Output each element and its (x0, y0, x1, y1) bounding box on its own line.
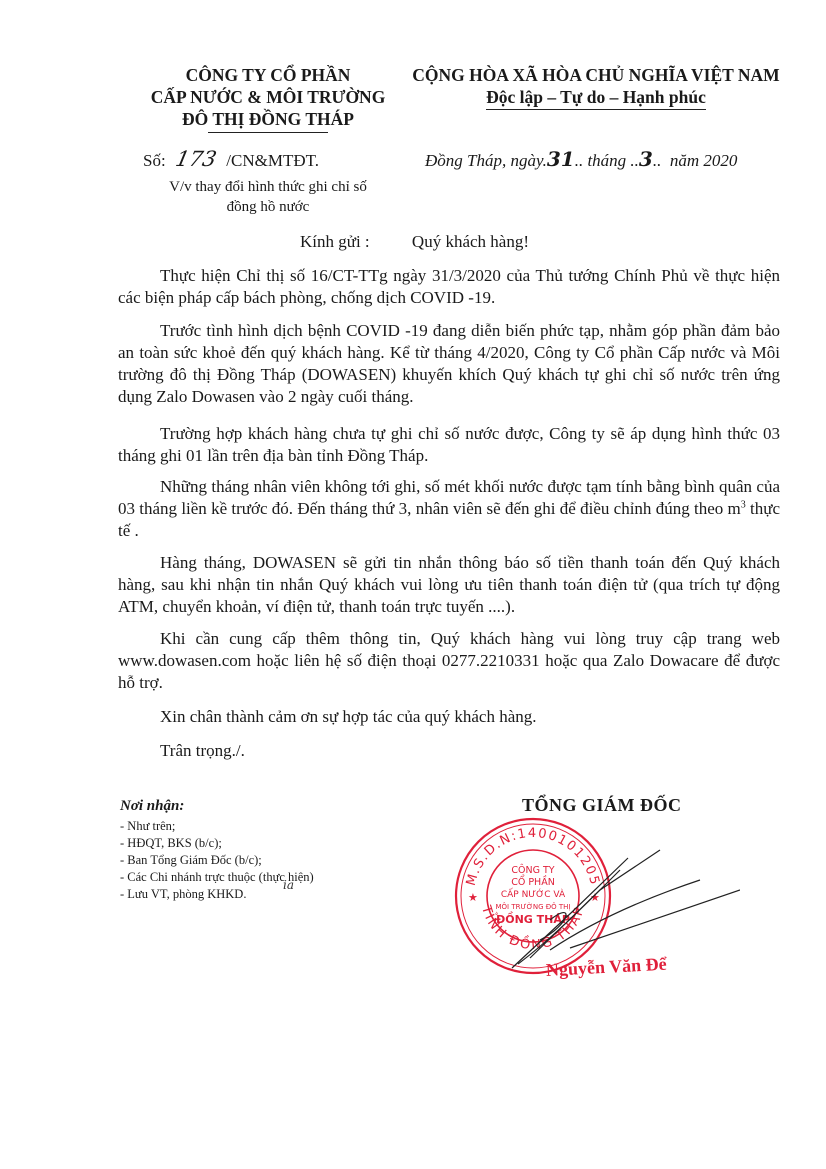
national-motto: Độc lập – Tự do – Hạnh phúc (486, 86, 706, 110)
paragraph-6: Khi cần cung cấp thêm thông tin, Quý khá… (118, 628, 780, 694)
company-name-line-1: CÔNG TY CỔ PHẦN (130, 64, 406, 86)
closing-regards: Trân trọng./. (160, 741, 245, 761)
paragraph-1: Thực hiện Chỉ thị số 16/CT-TTg ngày 31/3… (118, 265, 780, 309)
document-subject: V/v thay đổi hình thức ghi chỉ số đồng h… (130, 177, 406, 217)
document-number-handwritten: 173 (167, 147, 224, 171)
document-number: Số: 173 /CN&MTĐT. (143, 147, 319, 171)
recipient-item: - Ban Tổng Giám Đốc (b/c); (120, 852, 314, 869)
company-name-line-2: CẤP NƯỚC & MÔI TRƯỜNG (130, 86, 406, 108)
recipient-item: - Như trên; (120, 818, 314, 835)
paragraph-4: Những tháng nhân viên không tới ghi, số … (118, 476, 780, 542)
date-month-label: tháng (587, 151, 626, 170)
handwritten-signature-icon (510, 830, 740, 970)
date-day: 31 (547, 147, 575, 171)
date-year: năm 2020 (670, 151, 738, 170)
recipients-title: Nơi nhận: (120, 798, 184, 815)
subject-line-1: V/v thay đổi hình thức ghi chỉ số (130, 177, 406, 197)
document-number-prefix: Số: (143, 151, 166, 170)
date-month: 3 (639, 147, 653, 171)
handwritten-initials: ia (283, 878, 294, 892)
salutation: Kính gửi : Quý khách hàng! (300, 232, 529, 252)
salutation-recipient: Quý khách hàng! (412, 232, 529, 251)
national-header: CỘNG HÒA XÃ HÒA CHỦ NGHĨA VIỆT NAM Độc l… (410, 64, 782, 110)
paragraph-4-text: Những tháng nhân viên không tới ghi, số … (118, 477, 780, 518)
date-line: Đồng Tháp, ngày.31.. tháng ..3.. năm 202… (425, 147, 737, 171)
subject-line-2: đồng hồ nước (130, 197, 406, 217)
paragraph-2: Trước tình hình dịch bệnh COVID -19 đang… (118, 320, 780, 408)
header-divider (208, 132, 328, 133)
closing-thanks: Xin chân thành cảm ơn sự hợp tác của quý… (160, 707, 537, 727)
document-number-suffix: /CN&MTĐT. (226, 151, 319, 170)
salutation-label: Kính gửi : (300, 232, 370, 251)
recipient-item: - HĐQT, BKS (b/c); (120, 835, 314, 852)
date-place: Đồng Tháp, ngày (425, 151, 543, 170)
company-name-line-3: ĐÔ THỊ ĐỒNG THÁP (130, 108, 406, 130)
paragraph-5: Hàng tháng, DOWASEN sẽ gửi tin nhắn thôn… (118, 552, 780, 618)
signer-title: TỔNG GIÁM ĐỐC (522, 795, 682, 816)
paragraph-3: Trường hợp khách hàng chưa tự ghi chỉ số… (118, 423, 780, 467)
company-name-block: CÔNG TY CỔ PHẦN CẤP NƯỚC & MÔI TRƯỜNG ĐÔ… (130, 64, 406, 130)
country-name: CỘNG HÒA XÃ HÒA CHỦ NGHĨA VIỆT NAM (410, 64, 782, 86)
svg-text:★: ★ (468, 891, 478, 904)
